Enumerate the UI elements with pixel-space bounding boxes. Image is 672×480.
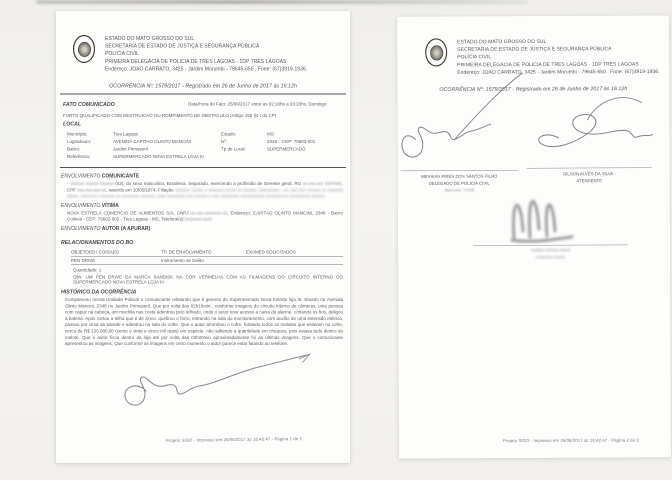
col-envolvimento: TP. DE ENVOLVIMENTO bbox=[161, 249, 246, 254]
autor-label: AUTOR (A APURAR) bbox=[102, 226, 150, 232]
municipio-label: Município: bbox=[67, 131, 111, 139]
redacted-rg: xx.xxx.xxx SSP/MS bbox=[303, 181, 342, 186]
referencia-label: Referência: bbox=[67, 153, 111, 161]
bairro-label: Bairro: bbox=[67, 146, 111, 154]
org-line-state: ESTADO DO MATO GROSSO DO SUL bbox=[105, 35, 307, 43]
col-exames: EXAMES SOLICITADOS bbox=[246, 249, 343, 254]
comunicante-label: COMUNICANTE bbox=[102, 174, 140, 180]
page-footer: Projeto SIGO - Impresso em 26/06/2017 às… bbox=[503, 438, 639, 444]
comunicante-text-1: (42), do sexo masculino, Brasileira, Sep… bbox=[114, 181, 303, 186]
attendant-signature-icon bbox=[523, 71, 654, 160]
estado-label: Estado: bbox=[221, 131, 265, 139]
page-2: ESTADO DO MATO GROSSO DO SUL SECRETARIA … bbox=[397, 15, 671, 458]
document-header: ESTADO DO MATO GROSSO DO SUL SECRETARIA … bbox=[397, 15, 669, 76]
fato-comunicado-row: FATO COMUNICADO Data/Hora do Fato: 25/06… bbox=[63, 102, 343, 108]
bairro-value: Jardim Primaveril bbox=[113, 146, 219, 154]
occurrence-line: OCORRÊNCIA Nº: 1579/2017 - Registrado em… bbox=[56, 83, 350, 89]
quantidade: Quantidade: 1 bbox=[73, 267, 343, 272]
redacted-telefone: (xx)xxxx-xxxx bbox=[185, 217, 212, 222]
signatures-area: MESSIAS PIRES DOS SANTOS FILHO DELEGADO … bbox=[397, 94, 670, 310]
vitima-text-1: NOVA ESTRELA COMERCIO DE ALIMENTOS S/A, … bbox=[67, 210, 190, 215]
communicant-signature bbox=[116, 349, 350, 413]
fato-label: FATO COMUNICADO bbox=[63, 102, 188, 108]
redacted-cnpj: xx.xxx.xxx/xxxx-xx bbox=[190, 210, 227, 215]
envolvimento-vitima-heading: ENVOLVIMENTO VÍTIMA bbox=[61, 203, 350, 209]
crime-description: FURTO QUALIFICADO COM DESTRUICAO OU ROMP… bbox=[63, 113, 343, 118]
delegate-signature-icon bbox=[398, 69, 524, 163]
org-line-delegacia: PRIMEIRA DELEGACIA DE POLICIA DE TRES LA… bbox=[105, 58, 307, 66]
local-section-label: LOCAL bbox=[63, 121, 350, 127]
redacted-name-block: xxxxxx xxxxxx xxxxx xxxxxxxx xxxxx bbox=[496, 247, 606, 261]
referencia-value: SUPERMERCADO NOVA ESTRELA LOJA III bbox=[113, 153, 343, 161]
cep-label: CEP: bbox=[282, 139, 293, 144]
scan-background: { "header": { "org_lines": [ "ESTADO DO … bbox=[0, 0, 672, 480]
observacao: Obs: UM PEN DRIVE DA MARCA SANDISK NA CO… bbox=[73, 274, 343, 284]
logradouro-label: Logradouro: bbox=[67, 138, 111, 146]
vitima-paragraph: NOVA ESTRELA COMERCIO DE ALIMENTOS S/A, … bbox=[67, 210, 343, 223]
municipio-value: Tres Lagoas bbox=[113, 131, 219, 139]
redacted-name: Xxxxxx Xxxxx Xxxxxx bbox=[70, 181, 114, 186]
org-line-secretaria: SECRETARIA DE ESTADO DE JUSTIÇA E SEGURA… bbox=[105, 43, 307, 51]
section-word: ENVOLVIMENTO bbox=[61, 174, 100, 180]
local-fields: Município: Tres Lagoas Estado: MS Lograd… bbox=[67, 131, 343, 161]
historico-paragraph: Compareceu nessa Unidade Policial o comu… bbox=[65, 296, 343, 346]
page-footer: Projeto SIGO - Impresso em 26/06/2017 às… bbox=[166, 436, 302, 443]
comunicante-text-3: , nascido em 10/05/1974, Filiação bbox=[106, 187, 175, 192]
scan-edge-artifact bbox=[36, 0, 528, 4]
section-word: ENVOLVIMENTO bbox=[61, 203, 100, 209]
exames-value bbox=[246, 258, 343, 263]
vitima-label: VÍTIMA bbox=[102, 203, 119, 209]
logradouro-value: AVENIDA CAPITAO OLINTO MANCINI bbox=[113, 138, 219, 146]
document-header: ESTADO DO MATO GROSSO DO SUL SECRETARIA … bbox=[56, 11, 350, 73]
table-header-row: OBJETO(S) / COISA(S) TP. DE ENVOLVIMENTO… bbox=[71, 249, 343, 256]
historico-heading: HISTÓRICO DA OCORRÊNCIA bbox=[61, 289, 350, 295]
relacionamentos-heading: RELACIONAMENTOS DO BO bbox=[61, 239, 350, 245]
org-line-policia: POLÍCIA CIVIL bbox=[105, 50, 307, 58]
numero-cep-value: 2348 CEP: 79603-001 bbox=[267, 138, 343, 146]
page-1: ESTADO DO MATO GROSSO DO SUL SECRETARIA … bbox=[56, 11, 350, 463]
divider bbox=[60, 94, 346, 95]
redacted-signature-icon bbox=[496, 179, 586, 249]
signature-scribble-icon bbox=[116, 349, 326, 413]
comunicante-paragraph: - Xxxxxx Xxxxx Xxxxxx (42), do sexo masc… bbox=[67, 181, 343, 200]
police-seal-icon bbox=[425, 38, 447, 66]
objeto-value: PEN DRIVE bbox=[71, 258, 161, 263]
attendant-signature-line bbox=[527, 167, 652, 168]
tp-local-value: SUPERMERCADO bbox=[267, 146, 343, 154]
redacted-cpf: xxx.xxx.xxx-xx bbox=[77, 187, 106, 192]
tp-local-label: Tp de Local: bbox=[221, 146, 265, 154]
org-header-lines: ESTADO DO MATO GROSSO DO SUL SECRETARIA … bbox=[105, 35, 307, 73]
estado-value: MS bbox=[267, 131, 343, 139]
org-line-endereco: Endereço: JOAO CARRATO, 3425 - Jardim Mo… bbox=[105, 65, 307, 73]
cep-value: 79603-001 bbox=[294, 139, 316, 144]
envolvimento-autor-heading: ENVOLVIMENTO AUTOR (A APURAR) bbox=[61, 226, 350, 232]
delegate-signature-line bbox=[401, 170, 518, 171]
numero-value: 2348 bbox=[267, 139, 277, 144]
col-objeto: OBJETO(S) / COISA(S) bbox=[71, 249, 161, 254]
table-row: PEN DRIVE Instrumento de Delito bbox=[71, 256, 343, 265]
police-seal-icon bbox=[73, 35, 95, 63]
redacted-line-2: xxxxxxxx xxxxx bbox=[496, 253, 606, 260]
numero-label: Nº: bbox=[221, 138, 265, 146]
objetos-table: OBJETO(S) / COISA(S) TP. DE ENVOLVIMENTO… bbox=[71, 249, 343, 265]
fato-datetime: Data/Hora do Fato: 25/06/2017 entre as 0… bbox=[188, 102, 326, 108]
divider bbox=[60, 167, 346, 168]
section-word: ENVOLVIMENTO bbox=[61, 226, 100, 232]
envolvimento-comunicante-heading: ENVOLVIMENTO COMUNICANTE bbox=[61, 174, 350, 180]
envolvimento-value: Instrumento de Delito bbox=[161, 258, 246, 263]
